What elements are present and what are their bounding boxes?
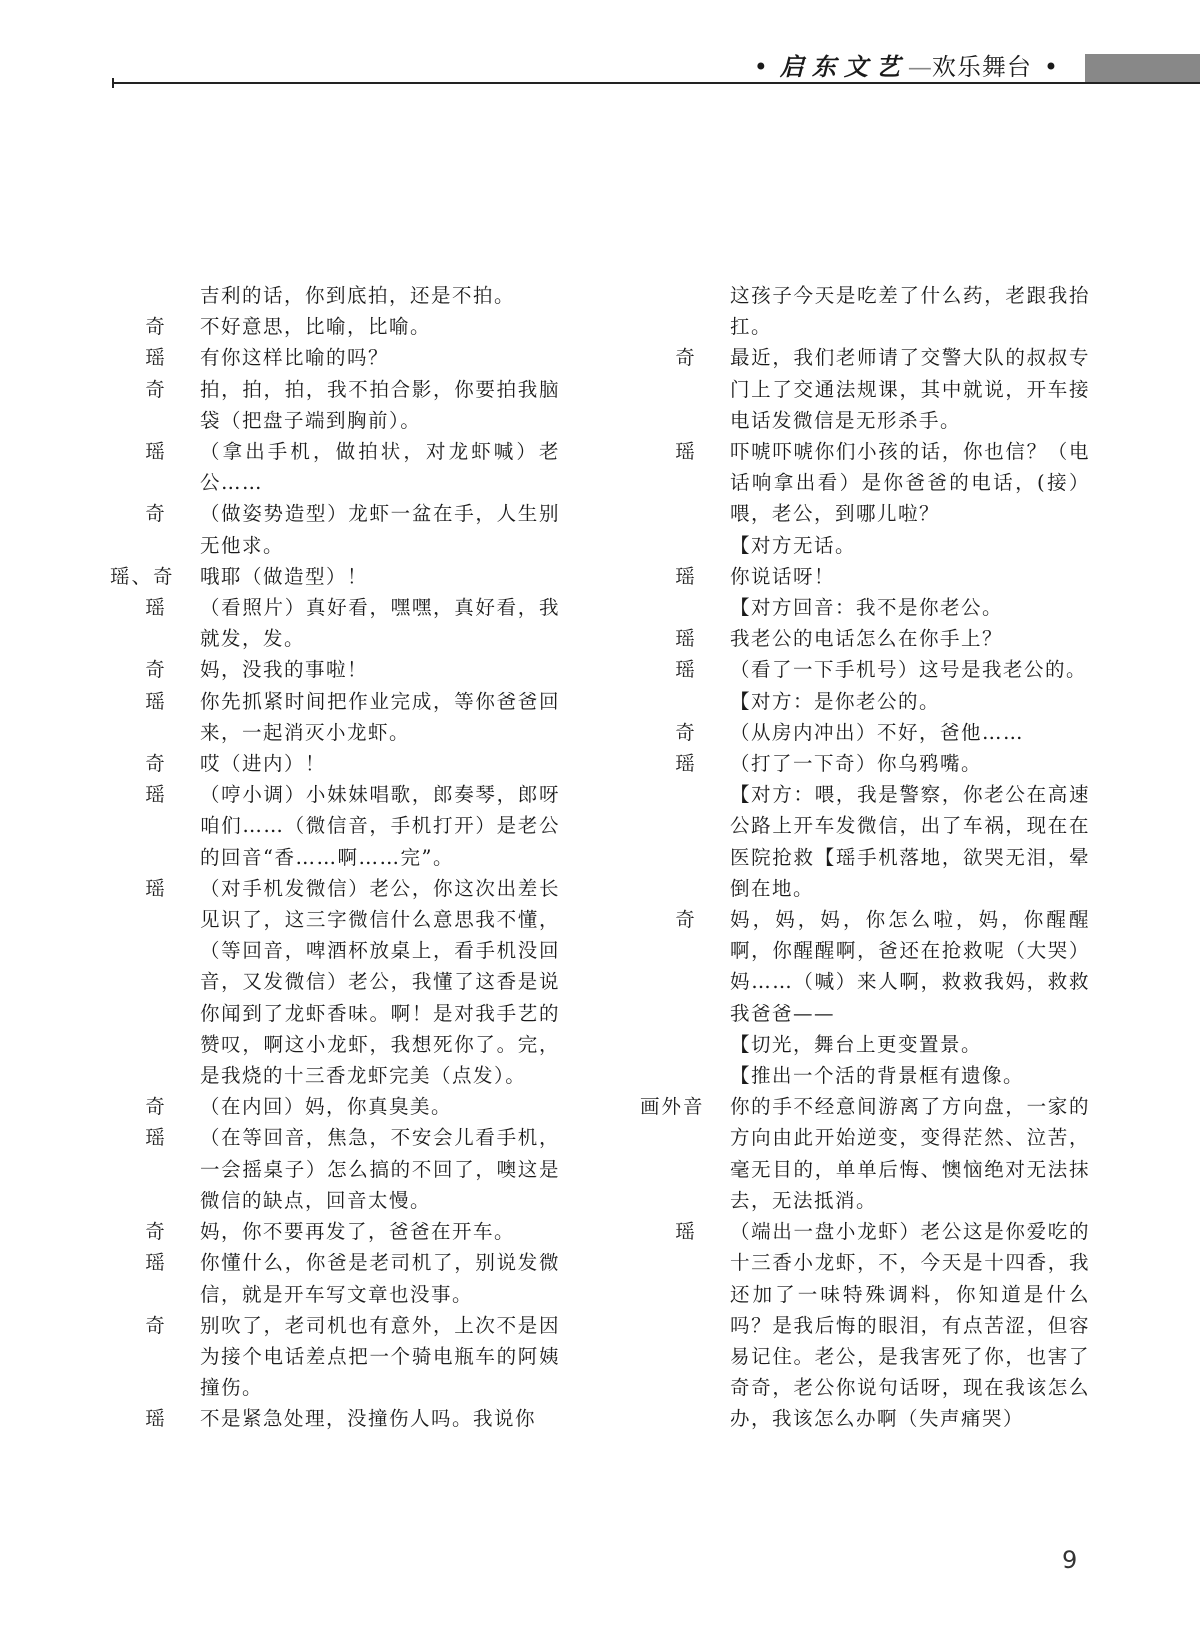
dialogue-line: 瑶吓唬吓唬你们小孩的话，你也信？（电话响拿出看）是你爸爸的电话，(接）喂，老公，… (640, 436, 1090, 530)
dialogue-line: 奇妈，没我的事啦！ (110, 654, 560, 685)
line-text: 【对方回音：我不是你老公。 (730, 592, 1090, 623)
speaker-name: 瑶 (640, 748, 730, 779)
line-text: 妈，没我的事啦！ (200, 654, 560, 685)
speaker-name (640, 1060, 730, 1091)
speaker-name: 奇 (640, 904, 730, 1029)
line-text: 哎（进内）！ (200, 748, 560, 779)
speaker-name: 奇 (640, 717, 730, 748)
line-text: 你的手不经意间游离了方向盘，一家的方向由此开始逆变，变得茫然、泣苦，毫无目的，单… (730, 1091, 1090, 1216)
line-text: （在等回音，焦急，不安会儿看手机，一会摇桌子）怎么搞的不回了，噢这是微信的缺点，… (200, 1122, 560, 1216)
speaker-name: 瑶 (640, 1216, 730, 1434)
dialogue-line: 瑶（在等回音，焦急，不安会儿看手机，一会摇桌子）怎么搞的不回了，噢这是微信的缺点… (110, 1122, 560, 1216)
dialogue-line: 【推出一个活的背景框有遗像。 (640, 1060, 1090, 1091)
line-text: （哼小调）小妹妹唱歌，郎奏琴，郎呀咱们……（微信音，手机打开）是老公的回音“香…… (200, 779, 560, 873)
dialogue-line: 奇最近，我们老师请了交警大队的叔叔专门上了交通法规课，其中就说，开车接电话发微信… (640, 342, 1090, 436)
speaker-name: 瑶 (640, 436, 730, 530)
left-column: 吉利的话，你到底拍，还是不拍。奇不好意思，比喻，比喻。瑶有你这样比喻的吗？奇拍，… (110, 280, 560, 1435)
section-name: 欢乐舞台 (932, 53, 1032, 81)
dialogue-line: 瑶（看照片）真好看，嘿嘿，真好看，我就发，发。 (110, 592, 560, 654)
speaker-name: 瑶 (110, 1247, 200, 1309)
speaker-name: 瑶 (110, 1122, 200, 1216)
dialogue-line: 【对方无话。 (640, 530, 1090, 561)
speaker-name (640, 686, 730, 717)
line-text: 最近，我们老师请了交警大队的叔叔专门上了交通法规课，其中就说，开车接电话发微信是… (730, 342, 1090, 436)
speaker-name: 瑶 (110, 1403, 200, 1434)
line-text: 【对方：喂，我是警察，你老公在高速公路上开车发微信，出了车祸，现在在医院抢救【瑶… (730, 779, 1090, 904)
speaker-name (640, 592, 730, 623)
speaker-name: 奇 (110, 374, 200, 436)
speaker-name: 瑶 (110, 873, 200, 1091)
header-title: •启东文艺—欢乐舞台• (742, 52, 1070, 82)
dialogue-line: 奇别吹了，老司机也有意外，上次不是因为接个电话差点把一个骑电瓶车的阿姨撞伤。 (110, 1310, 560, 1404)
line-text: 哦耶（做造型）！ (200, 561, 560, 592)
speaker-name: 瑶 (640, 623, 730, 654)
dialogue-line: 瑶（端出一盘小龙虾）老公这是你爱吃的十三香小龙虾，不，今天是十四香，我还加了一味… (640, 1216, 1090, 1434)
line-text: （看了一下手机号）这号是我老公的。 (730, 654, 1090, 685)
dialogue-line: 瑶有你这样比喻的吗？ (110, 342, 560, 373)
line-text: （看照片）真好看，嘿嘿，真好看，我就发，发。 (200, 592, 560, 654)
speaker-name: 画外音 (640, 1091, 730, 1216)
speaker-name: 奇 (110, 311, 200, 342)
line-text: 【推出一个活的背景框有遗像。 (730, 1060, 1090, 1091)
speaker-name: 瑶 (640, 654, 730, 685)
speaker-name: 奇 (110, 1310, 200, 1404)
dialogue-line: 瑶（看了一下手机号）这号是我老公的。 (640, 654, 1090, 685)
dialogue-line: 奇妈，妈，妈，你怎么啦，妈，你醒醒啊，你醒醒啊，爸还在抢救呢（大哭）妈……（喊）… (640, 904, 1090, 1029)
dialogue-line: 瑶、奇哦耶（做造型）！ (110, 561, 560, 592)
speaker-name: 奇 (110, 498, 200, 560)
dialogue-line: 奇（做姿势造型）龙虾一盆在手，人生别无他求。 (110, 498, 560, 560)
line-text: 不是紧急处理，没撞伤人吗。我说你 (200, 1403, 560, 1434)
header-rule (112, 82, 1200, 84)
running-header: •启东文艺—欢乐舞台• (0, 52, 1200, 84)
line-text: 你说话呀！ (730, 561, 1090, 592)
dialogue-line: 奇拍，拍，拍，我不拍合影，你要拍我脑袋（把盘子端到胸前）。 (110, 374, 560, 436)
dialogue-line: 奇哎（进内）！ (110, 748, 560, 779)
dialogue-line: 瑶（哼小调）小妹妹唱歌，郎奏琴，郎呀咱们……（微信音，手机打开）是老公的回音“香… (110, 779, 560, 873)
dialogue-line: 吉利的话，你到底拍，还是不拍。 (110, 280, 560, 311)
bullet-icon: • (754, 53, 768, 81)
speaker-name: 奇 (640, 342, 730, 436)
dialogue-line: 【切光，舞台上更变置景。 (640, 1029, 1090, 1060)
header-gray-tab (1085, 54, 1200, 82)
dialogue-line: 奇妈，你不要再发了，爸爸在开车。 (110, 1216, 560, 1247)
speaker-name: 瑶 (110, 436, 200, 498)
line-text: （打了一下奇）你乌鸦嘴。 (730, 748, 1090, 779)
line-text: 【切光，舞台上更变置景。 (730, 1029, 1090, 1060)
line-text: 你懂什么，你爸是老司机了，别说发微信，就是开车写文章也没事。 (200, 1247, 560, 1309)
line-text: 【对方无话。 (730, 530, 1090, 561)
line-text: 我老公的电话怎么在你手上？ (730, 623, 1090, 654)
journal-name: 启东文艺 (780, 52, 908, 81)
dialogue-line: 瑶你说话呀！ (640, 561, 1090, 592)
dialogue-line: 瑶不是紧急处理，没撞伤人吗。我说你 (110, 1403, 560, 1434)
dialogue-line: 瑶你懂什么，你爸是老司机了，别说发微信，就是开车写文章也没事。 (110, 1247, 560, 1309)
dialogue-line: 瑶我老公的电话怎么在你手上？ (640, 623, 1090, 654)
bullet-icon: • (1044, 53, 1058, 81)
line-text: 拍，拍，拍，我不拍合影，你要拍我脑袋（把盘子端到胸前）。 (200, 374, 560, 436)
speaker-name: 瑶、奇 (110, 561, 200, 592)
line-text: 吉利的话，你到底拍，还是不拍。 (200, 280, 560, 311)
line-text: （做姿势造型）龙虾一盆在手，人生别无他求。 (200, 498, 560, 560)
speaker-name: 奇 (110, 654, 200, 685)
line-text: （对手机发微信）老公，你这次出差长见识了，这三字微信什么意思我不懂，（等回音，啤… (200, 873, 560, 1091)
speaker-name (110, 280, 200, 311)
line-text: 妈，你不要再发了，爸爸在开车。 (200, 1216, 560, 1247)
speaker-name: 奇 (110, 748, 200, 779)
dialogue-line: 奇不好意思，比喻，比喻。 (110, 311, 560, 342)
line-text: 有你这样比喻的吗？ (200, 342, 560, 373)
line-text: 这孩子今天是吃差了什么药，老跟我抬扛。 (730, 280, 1090, 342)
line-text: （拿出手机，做拍状，对龙虾喊）老公…… (200, 436, 560, 498)
line-text: （从房内冲出）不好，爸他…… (730, 717, 1090, 748)
dialogue-line: 这孩子今天是吃差了什么药，老跟我抬扛。 (640, 280, 1090, 342)
dialogue-line: 瑶你先抓紧时间把作业完成，等你爸爸回来，一起消灭小龙虾。 (110, 686, 560, 748)
speaker-name: 奇 (110, 1216, 200, 1247)
dialogue-line: 奇（在内回）妈，你真臭美。 (110, 1091, 560, 1122)
right-column: 这孩子今天是吃差了什么药，老跟我抬扛。奇最近，我们老师请了交警大队的叔叔专门上了… (640, 280, 1090, 1435)
speaker-name: 瑶 (110, 686, 200, 748)
speaker-name (640, 779, 730, 904)
dialogue-line: 瑶（拿出手机，做拍状，对龙虾喊）老公…… (110, 436, 560, 498)
dialogue-line: 奇（从房内冲出）不好，爸他…… (640, 717, 1090, 748)
line-text: （在内回）妈，你真臭美。 (200, 1091, 560, 1122)
header-separator: — (908, 53, 932, 81)
speaker-name (640, 1029, 730, 1060)
line-text: 别吹了，老司机也有意外，上次不是因为接个电话差点把一个骑电瓶车的阿姨撞伤。 (200, 1310, 560, 1404)
speaker-name: 瑶 (640, 561, 730, 592)
line-text: 你先抓紧时间把作业完成，等你爸爸回来，一起消灭小龙虾。 (200, 686, 560, 748)
line-text: （端出一盘小龙虾）老公这是你爱吃的十三香小龙虾，不，今天是十四香，我还加了一味特… (730, 1216, 1090, 1434)
dialogue-line: 瑶（打了一下奇）你乌鸦嘴。 (640, 748, 1090, 779)
speaker-name (640, 280, 730, 342)
page-number: 9 (1062, 1546, 1077, 1574)
line-text: 吓唬吓唬你们小孩的话，你也信？（电话响拿出看）是你爸爸的电话，(接）喂，老公，到… (730, 436, 1090, 530)
line-text: 妈，妈，妈，你怎么啦，妈，你醒醒啊，你醒醒啊，爸还在抢救呢（大哭）妈……（喊）来… (730, 904, 1090, 1029)
dialogue-line: 【对方：是你老公的。 (640, 686, 1090, 717)
speaker-name: 瑶 (110, 779, 200, 873)
speaker-name: 瑶 (110, 342, 200, 373)
dialogue-line: 瑶（对手机发微信）老公，你这次出差长见识了，这三字微信什么意思我不懂，（等回音，… (110, 873, 560, 1091)
speaker-name: 瑶 (110, 592, 200, 654)
dialogue-line: 【对方回音：我不是你老公。 (640, 592, 1090, 623)
line-text: 不好意思，比喻，比喻。 (200, 311, 560, 342)
speaker-name: 奇 (110, 1091, 200, 1122)
speaker-name (640, 530, 730, 561)
line-text: 【对方：是你老公的。 (730, 686, 1090, 717)
dialogue-line: 【对方：喂，我是警察，你老公在高速公路上开车发微信，出了车祸，现在在医院抢救【瑶… (640, 779, 1090, 904)
dialogue-line: 画外音你的手不经意间游离了方向盘，一家的方向由此开始逆变，变得茫然、泣苦，毫无目… (640, 1091, 1090, 1216)
